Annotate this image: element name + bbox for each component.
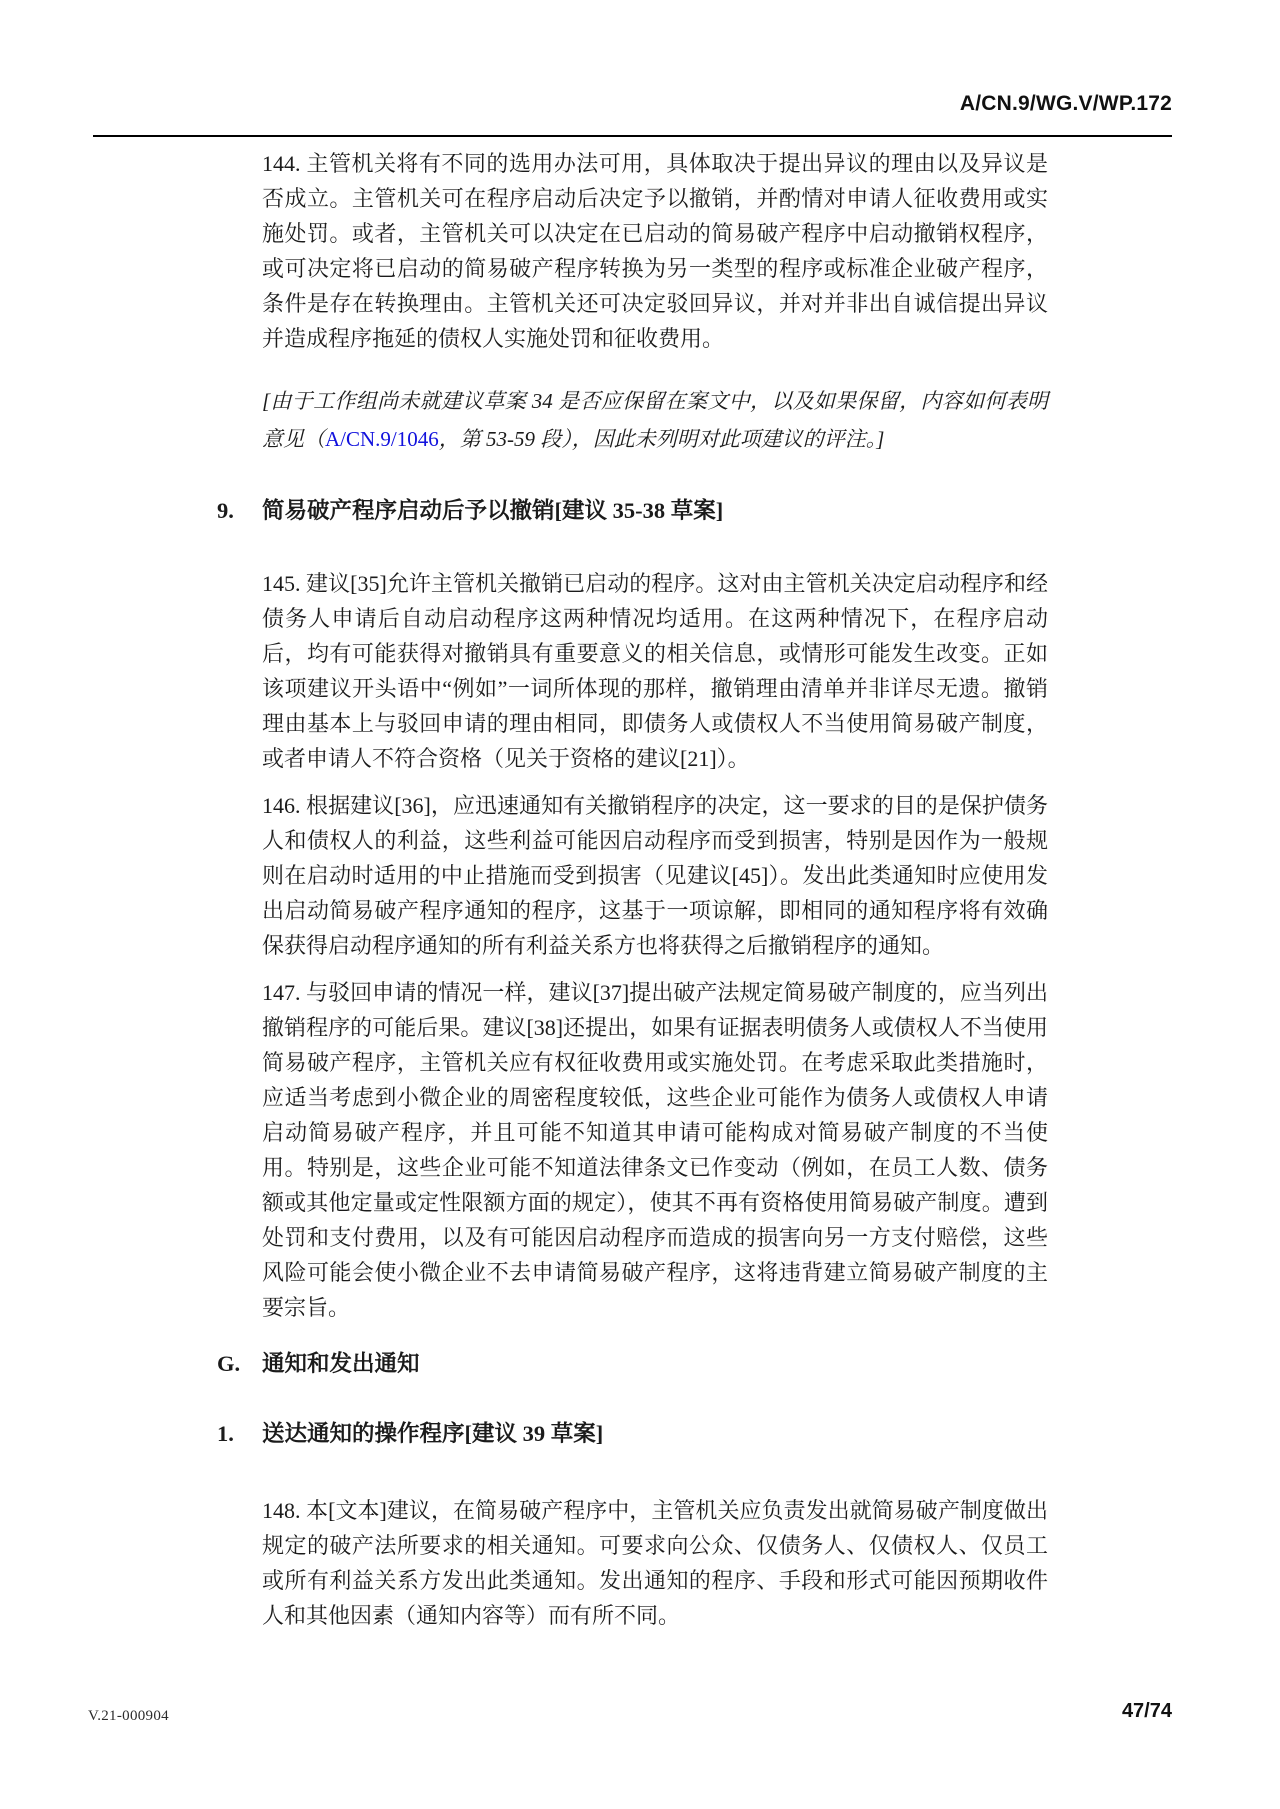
section-heading-9-number: 9. [217,496,262,526]
drafting-note: [由于工作组尚未就建议草案 34 是否应保留在案文中，以及如果保留，内容如何表明… [262,382,1048,458]
section-heading-g-number: G. [217,1349,262,1379]
section-heading-9: 9. 简易破产程序启动后予以撤销[建议 35-38 草案] [217,496,1048,526]
header-rule [93,135,1172,137]
paragraph-144: 144. 主管机关将有不同的选用办法可用，具体取决于提出异议的理由以及异议是否成… [262,146,1048,356]
section-heading-9-title: 简易破产程序启动后予以撤销[建议 35-38 草案] [262,496,723,526]
paragraph-146: 146. 根据建议[36]，应迅速通知有关撤销程序的决定，这一要求的目的是保护债… [262,788,1048,963]
footer-page-number: 47/74 [1122,1700,1172,1723]
paragraph-147: 147. 与驳回申请的情况一样，建议[37]提出破产法规定简易破产制度的，应当列… [262,975,1048,1325]
paragraph-148: 148. 本[文本]建议，在简易破产程序中，主管机关应负责发出就简易破产制度做出… [262,1493,1048,1633]
paragraph-145: 145. 建议[35]允许主管机关撤销已启动的程序。这对由主管机关决定启动程序和… [262,566,1048,776]
drafting-note-text-after: ，第 53-59 段），因此未列明对此项建议的评注。] [439,427,885,451]
document-page: A/CN.9/WG.V/WP.172 144. 主管机关将有不同的选用办法可用，… [0,0,1280,1809]
subsection-heading-1-title: 送达通知的操作程序[建议 39 草案] [262,1419,603,1449]
subsection-heading-1: 1. 送达通知的操作程序[建议 39 草案] [217,1419,1048,1449]
section-heading-g-title: 通知和发出通知 [262,1349,420,1379]
document-reference-link[interactable]: A/CN.9/1046 [325,427,439,451]
footer-document-number: V.21-000904 [88,1708,169,1725]
section-heading-g: G. 通知和发出通知 [217,1349,1048,1379]
document-body: 144. 主管机关将有不同的选用办法可用，具体取决于提出异议的理由以及异议是否成… [262,146,1048,1645]
subsection-heading-1-number: 1. [217,1419,262,1449]
document-symbol: A/CN.9/WG.V/WP.172 [960,92,1172,116]
